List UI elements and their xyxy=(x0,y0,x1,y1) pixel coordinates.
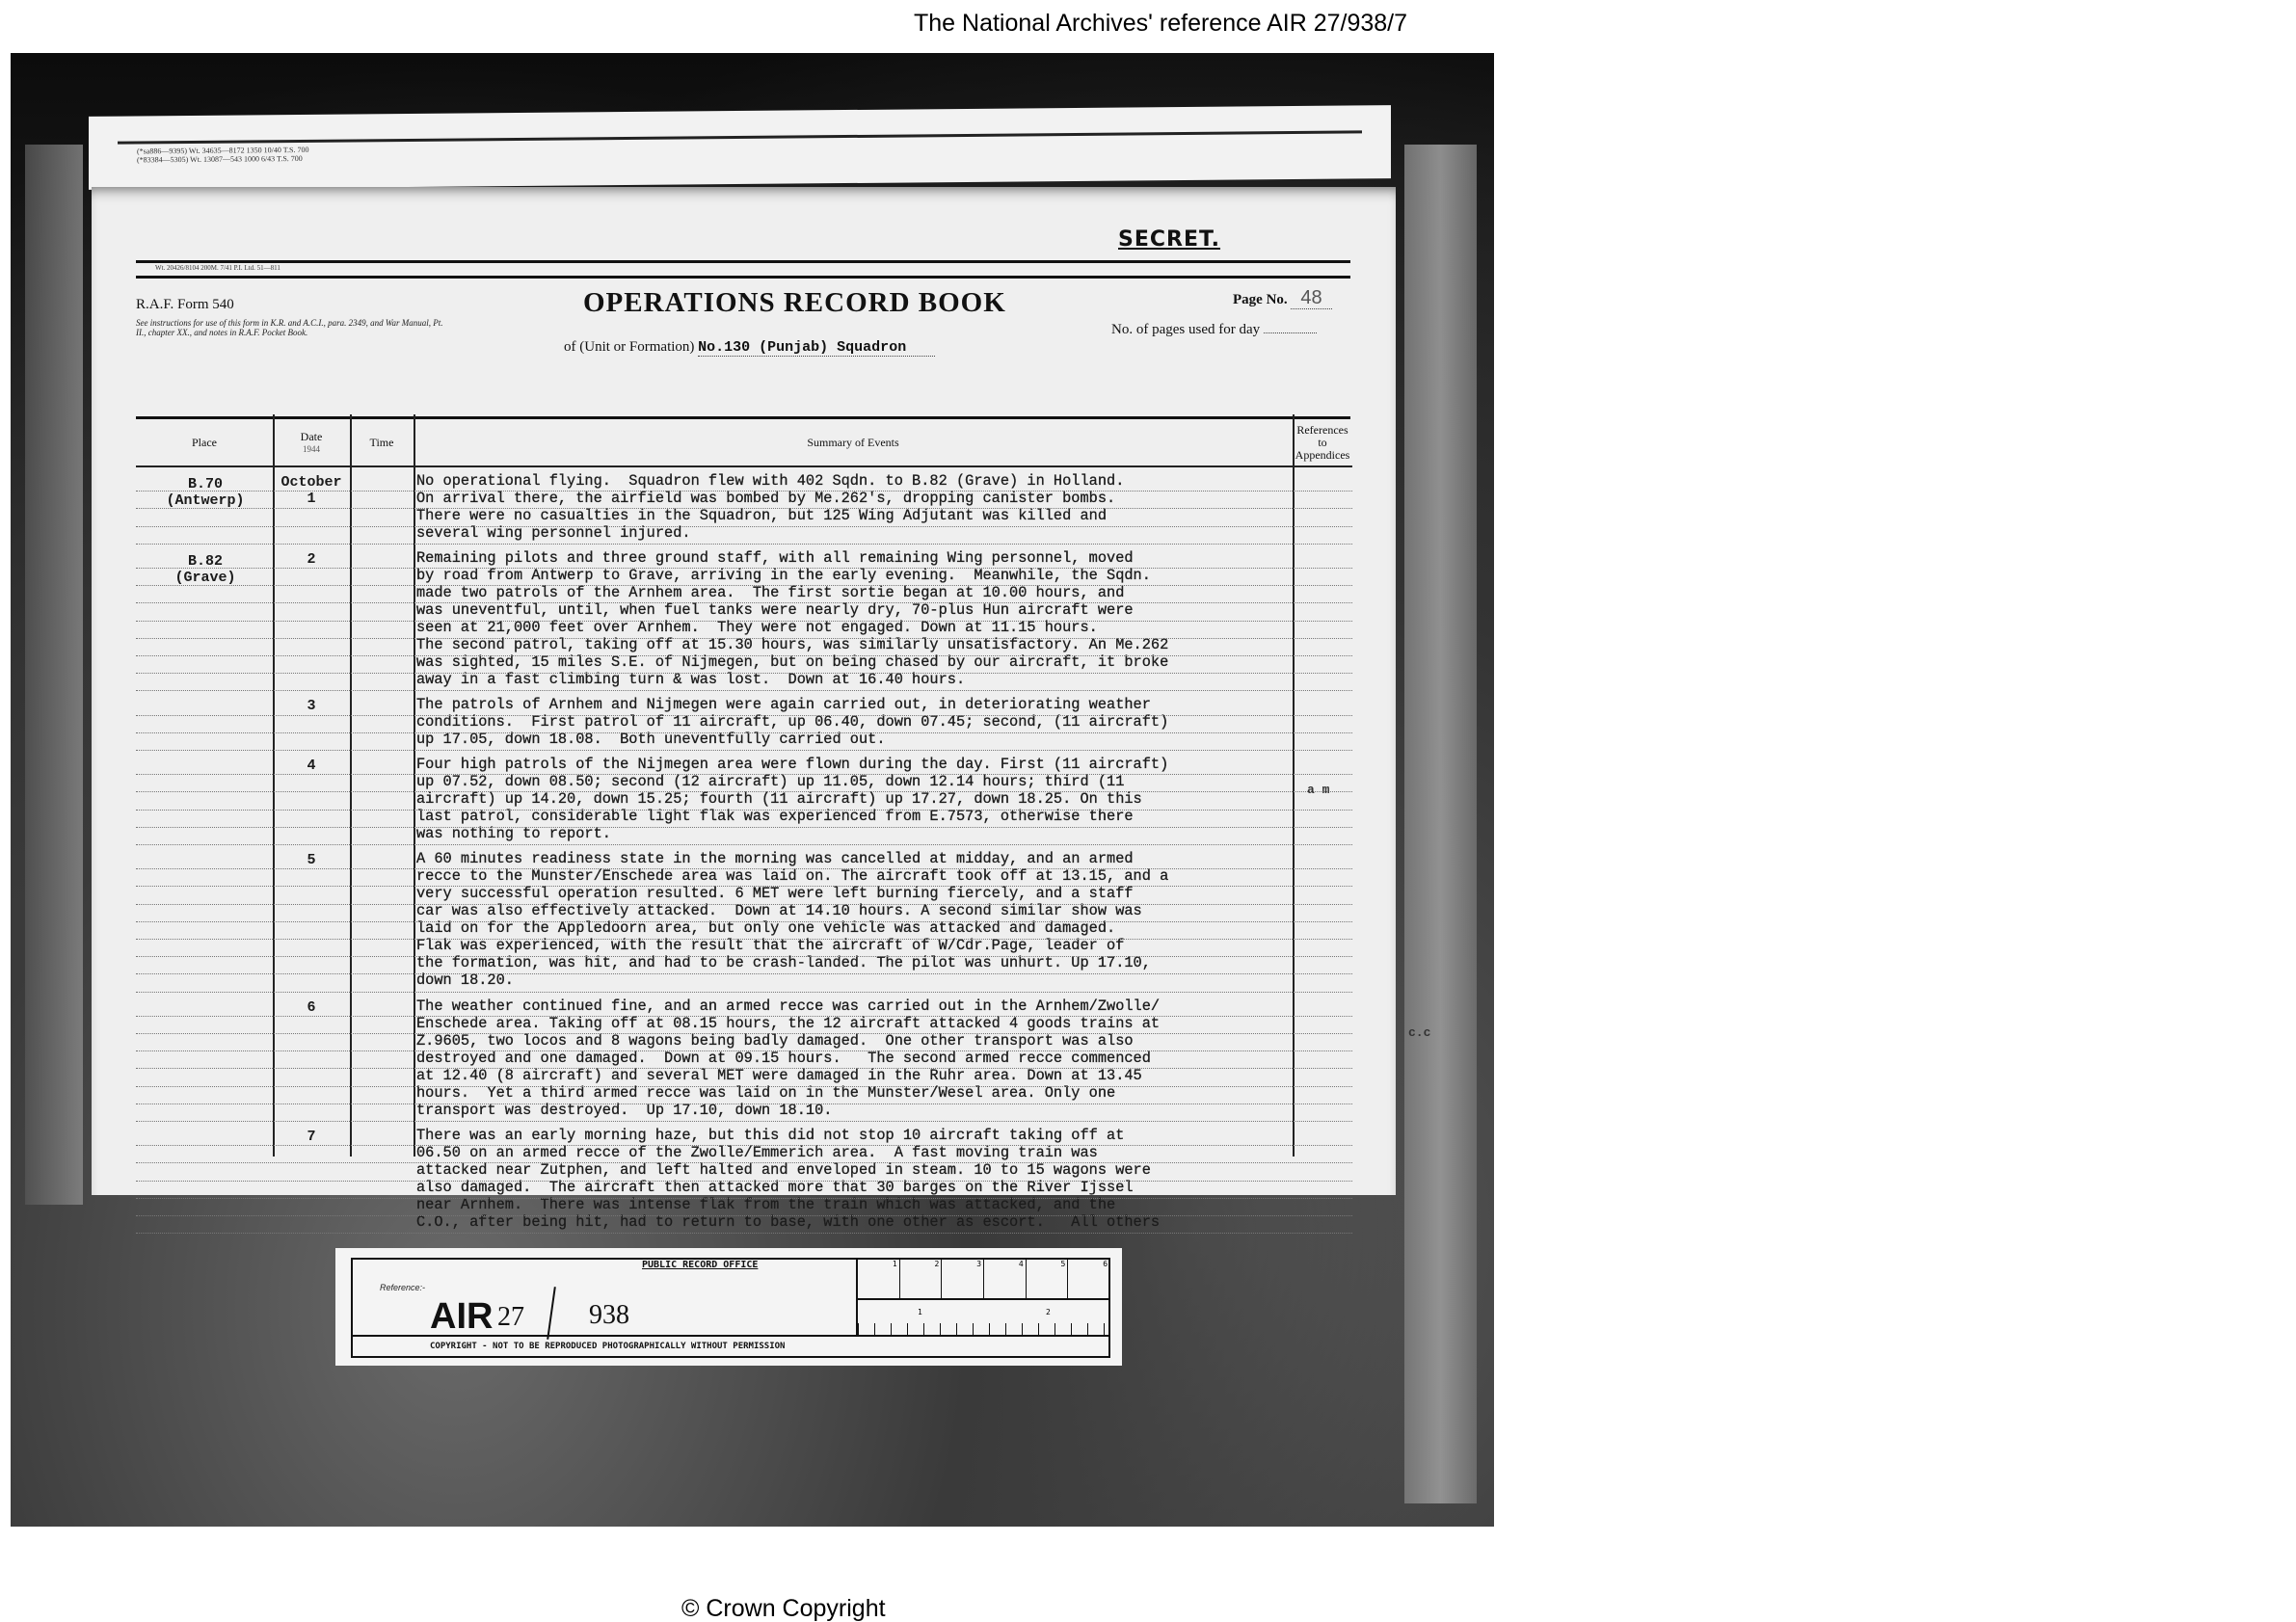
previous-page-slip: (*sa886—9395) Wt. 34635—8172 1350 10/40 … xyxy=(89,105,1391,190)
date-cell: 4 xyxy=(273,758,350,774)
ruled-line xyxy=(136,621,1352,622)
header-bottom-rule xyxy=(136,465,1352,467)
secret-stamp: SECRET. xyxy=(1118,227,1220,252)
ruled-line xyxy=(136,791,1352,792)
archive-reference-label: PUBLIC RECORD OFFICE Reference:- AIR 27 … xyxy=(335,1248,1122,1366)
ruled-line xyxy=(136,1050,1352,1051)
ruled-line xyxy=(136,750,1352,751)
ruled-line xyxy=(136,844,1352,845)
ruled-line xyxy=(136,602,1352,603)
reference-piece: 938 xyxy=(589,1300,629,1331)
ruled-line xyxy=(136,1215,1352,1216)
scale-segment: 6 xyxy=(1068,1260,1110,1298)
scale-segment: 2 xyxy=(900,1260,943,1298)
scale-label: 2 xyxy=(1046,1308,1051,1316)
operations-record-page: SECRET. Wt. 20426/8104 200M. 7/41 P.I. L… xyxy=(92,187,1396,1195)
ruled-line xyxy=(136,904,1352,905)
scale-label: 1 xyxy=(918,1308,922,1316)
form-instructions: See instructions for use of this form in… xyxy=(136,318,444,337)
ruled-line xyxy=(136,1086,1352,1087)
header-rule xyxy=(136,260,1350,263)
reference-box: PUBLIC RECORD OFFICE Reference:- AIR 27 … xyxy=(351,1258,1110,1358)
scan-edge-left xyxy=(25,145,83,1205)
place-cell: B.70 (Antwerp) xyxy=(138,476,273,509)
summary-cell: No operational flying. Squadron flew wit… xyxy=(416,472,1284,542)
ruled-line xyxy=(136,673,1352,674)
ruled-line xyxy=(136,1198,1352,1199)
events-table: Place Date 1944 Time Summary of Events R… xyxy=(136,420,1352,1153)
pages-used-label: No. of pages used for day xyxy=(1111,322,1260,337)
page-number-label: Page No. xyxy=(1233,292,1288,307)
unit-line: of (Unit or Formation) No.130 (Punjab) S… xyxy=(564,339,935,356)
col-header-date: Date 1944 xyxy=(273,420,350,465)
archive-reference: The National Archives' reference AIR 27/… xyxy=(914,10,1407,38)
table-top-rule xyxy=(136,416,1350,419)
col-header-summary: Summary of Events xyxy=(414,420,1293,465)
scale-segment: 1 xyxy=(858,1260,900,1298)
date-cell: 2 xyxy=(273,551,350,568)
ruled-line xyxy=(136,585,1352,586)
ruled-line xyxy=(136,939,1352,940)
reference-caption: Reference:- xyxy=(380,1283,425,1292)
public-record-office: PUBLIC RECORD OFFICE xyxy=(642,1260,758,1270)
page-title: OPERATIONS RECORD BOOK xyxy=(583,287,1006,319)
ruled-line xyxy=(136,921,1352,922)
margin-annotation: c.c xyxy=(1408,1025,1430,1040)
scan-edge-right xyxy=(1404,145,1477,1503)
reference-series: AIR xyxy=(430,1296,493,1338)
scale-segment: 5 xyxy=(1027,1260,1069,1298)
summary-cell: Four high patrols of the Nijmegen area w… xyxy=(416,756,1284,842)
col-header-references: References to Appendices xyxy=(1293,420,1352,465)
place-cell: B.82 (Grave) xyxy=(138,553,273,586)
col-header-place: Place xyxy=(136,420,273,465)
summary-cell: The patrols of Arnhem and Nijmegen were … xyxy=(416,696,1284,748)
scale-ticks xyxy=(858,1300,1110,1335)
pages-used: No. of pages used for day xyxy=(1111,322,1317,338)
ruled-line xyxy=(136,1121,1352,1122)
scale-segment: 3 xyxy=(942,1260,984,1298)
page-number: Page No. 48 xyxy=(1233,287,1332,309)
unit-label: of (Unit or Formation) xyxy=(564,339,694,355)
unit-value: No.130 (Punjab) Squadron xyxy=(698,339,935,357)
ruled-line xyxy=(136,690,1352,691)
ruled-line xyxy=(136,1016,1352,1017)
slip-print-code: (*sa886—9395) Wt. 34635—8172 1350 10/40 … xyxy=(137,146,308,165)
ruled-line xyxy=(136,1145,1352,1146)
ruled-line xyxy=(136,810,1352,811)
ruled-line xyxy=(136,886,1352,887)
form-print-code: Wt. 20426/8104 200M. 7/41 P.I. Ltd. 51—8… xyxy=(155,264,280,272)
slip-rule xyxy=(118,130,1362,144)
header-rule xyxy=(136,276,1350,279)
copyright-notice: COPYRIGHT - NOT TO BE REPRODUCED PHOTOGR… xyxy=(353,1335,1108,1358)
ruled-line xyxy=(136,774,1352,775)
ruled-line xyxy=(136,973,1352,974)
ruled-line xyxy=(136,526,1352,527)
summary-cell: Remaining pilots and three ground staff,… xyxy=(416,549,1284,688)
ruled-line xyxy=(136,956,1352,957)
ruled-line xyxy=(136,544,1352,545)
ruled-line xyxy=(136,1181,1352,1182)
ruled-line xyxy=(136,868,1352,869)
ruled-line xyxy=(136,508,1352,509)
pages-used-value xyxy=(1264,332,1317,333)
crown-copyright: © Crown Copyright xyxy=(681,1595,886,1622)
form-id: R.A.F. Form 540 xyxy=(136,297,234,313)
date-cell: 3 xyxy=(273,698,350,714)
ruled-line xyxy=(136,1068,1352,1069)
date-cell: 5 xyxy=(273,852,350,868)
ruled-line xyxy=(136,715,1352,716)
ruled-line xyxy=(136,1233,1352,1234)
measurement-scale: 123456 1 2 xyxy=(856,1260,1110,1335)
date-header-year: 1944 xyxy=(303,443,320,456)
ruled-line xyxy=(136,1033,1352,1034)
summary-cell: A 60 minutes readiness state in the morn… xyxy=(416,850,1284,989)
ruled-line xyxy=(136,491,1352,492)
scale-top-row: 123456 xyxy=(858,1260,1110,1300)
ruled-line xyxy=(136,655,1352,656)
page-number-value: 48 xyxy=(1291,287,1331,309)
ruled-line xyxy=(136,827,1352,828)
ruled-line xyxy=(136,992,1352,993)
reference-class: 27 xyxy=(497,1302,524,1333)
col-header-time: Time xyxy=(350,420,414,465)
ruled-line xyxy=(136,638,1352,639)
scanned-document: (*sa886—9395) Wt. 34635—8172 1350 10/40 … xyxy=(11,53,1494,1527)
ruled-line xyxy=(136,1162,1352,1163)
ruled-line xyxy=(136,568,1352,569)
reference-slash xyxy=(547,1287,556,1340)
ruled-line xyxy=(136,732,1352,733)
scale-segment: 4 xyxy=(984,1260,1027,1298)
ruled-line xyxy=(136,1103,1352,1104)
date-cell: 6 xyxy=(273,999,350,1016)
date-header-label: Date xyxy=(301,431,323,443)
margin-annotation: a m xyxy=(1307,783,1329,797)
date-cell: 7 xyxy=(273,1129,350,1145)
